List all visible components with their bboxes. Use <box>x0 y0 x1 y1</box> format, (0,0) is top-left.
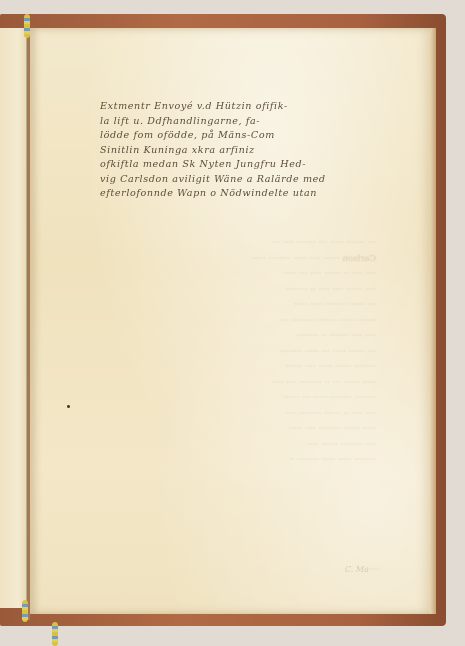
text-line: Sinitlin Kuninga xkra arfiniz <box>100 144 375 159</box>
text-line: vig Carlsdon aviligit Wäne a Ralärde med <box>100 173 375 188</box>
ghost-line: ··· ······· ····· ··· ······· ···· ··· <box>96 236 376 252</box>
ghost-line: ········ ····· ····· ········ ·· <box>96 453 376 469</box>
ghost-line: ····· ······ ········ ···· ····· <box>96 422 376 438</box>
ghost-line: ····· ······ ··· ·· ········ ···· ···· <box>96 376 376 392</box>
left-page-edge <box>0 28 27 608</box>
ink-speck <box>67 405 70 408</box>
ghost-line: ···· ········ ······ ···· <box>96 438 376 454</box>
binding-thread-top <box>24 14 30 38</box>
ghost-line: Carlson ······ ···· ····· ········ ····· <box>96 252 376 268</box>
ghost-line: ···· ···· ·· ······ ···· ··· ····· <box>96 267 376 283</box>
text-line: lödde fom ofödde, på Mäns-Com <box>100 129 375 144</box>
text-line: la lift u. Ddfhandlingarne, fa- <box>100 115 375 130</box>
ghost-line: ···· ···· ·· ······ ········ ···· <box>96 407 376 423</box>
bleed-through-text: ··· ······· ····· ··· ······· ···· ··· C… <box>96 236 376 469</box>
corner-mark: C. Ma···· <box>345 565 379 574</box>
page-edge <box>430 28 436 614</box>
ghost-line: ··· ······· ······· ···· ····· <box>96 298 376 314</box>
ghost-line: ········ ········ ····· ··· ······ <box>96 391 376 407</box>
ghost-line: ········ ······ ····· ···· ······ <box>96 360 376 376</box>
ghost-line: ···· ···· ······· ·· ········ <box>96 329 376 345</box>
binding-thread-bottom <box>22 600 28 622</box>
ghost-line: ········ ····· ······ ········· ··· <box>96 314 376 330</box>
ghost-line: ···· ······ ···· ···· ·· ········ <box>96 283 376 299</box>
handwritten-text: Extmentr Envoyé v.d Hützin ofifik- la li… <box>100 100 375 202</box>
binding-thread-tail <box>52 622 58 646</box>
ghost-line: ··· ······ ····· ··· ····· ········ <box>96 345 376 361</box>
text-line: Extmentr Envoyé v.d Hützin ofifik- <box>100 100 375 115</box>
text-line: efterlofonnde Wapn o Nödwindelte utan <box>100 187 375 202</box>
text-line: ofkiftla medan Sk Nyten Jungfru Hed- <box>100 158 375 173</box>
